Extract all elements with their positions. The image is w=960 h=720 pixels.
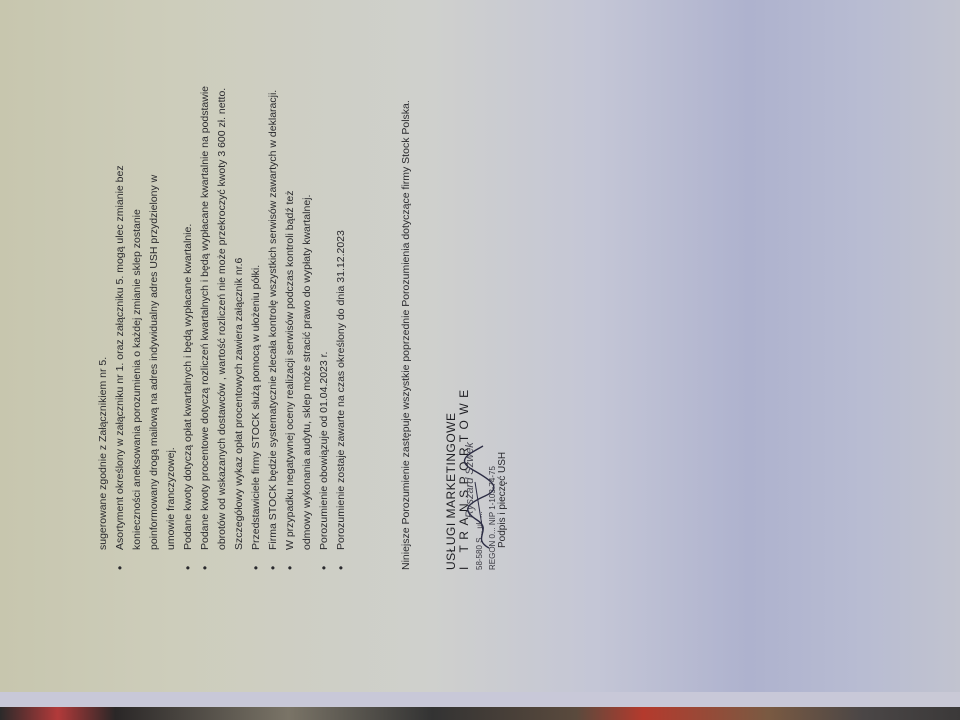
bullet-item: Podane kwoty procentowe dotyczą rozlicze…: [197, 50, 214, 570]
continuation-line: konieczności aneksowania porozumienia o …: [129, 50, 146, 570]
continuation-line: umowie franczyzowej.: [163, 50, 180, 570]
bullet-item: Porozumienie obowiązuje od 01.04.2023 r.: [316, 50, 333, 570]
bullet-item: W przypadku negatywnej oceny realizacji …: [282, 50, 299, 570]
document-body: sugerowane zgodnie z Załącznikiem nr 5.A…: [95, 50, 515, 570]
handwritten-signature: [463, 442, 495, 552]
company-stamp: USŁUGI MARKETINGOWE I TRANSPORTOWE Rysza…: [445, 50, 515, 570]
signature-caption: Podpis i pieczęć USH: [497, 50, 508, 570]
page-edge: [0, 692, 870, 706]
continuation-line: odmowy wykonania audytu, sklep może stra…: [299, 50, 316, 570]
bullet-item: Przedstawiciele firmy STOCK służą pomocą…: [248, 50, 265, 570]
closing-statement: Niniejsze Porozumienie zastępuje wszystk…: [398, 50, 415, 570]
document-page: sugerowane zgodnie z Załącznikiem nr 5.A…: [0, 0, 960, 692]
agreement-terms-list: sugerowane zgodnie z Załącznikiem nr 5.A…: [95, 50, 350, 570]
bullet-item: Podane kwoty dotyczą opłat kwartalnych i…: [180, 50, 197, 570]
continuation-line: Szczegółowy wykaz opłat procentowych zaw…: [231, 50, 248, 570]
bullet-item: Porozumienie zostaje zawarte na czas okr…: [333, 50, 350, 570]
continuation-line: obrotów od wskazanych dostawców , wartoś…: [214, 50, 231, 570]
continuation-line: poinformowany drogą mailową na adres ind…: [146, 50, 163, 570]
bullet-item: Asortyment określony w załączniku nr 1. …: [112, 50, 129, 570]
bullet-item: Firma STOCK będzie systematycznie zlecał…: [265, 50, 282, 570]
continuation-line: sugerowane zgodnie z Załącznikiem nr 5.: [95, 50, 112, 570]
